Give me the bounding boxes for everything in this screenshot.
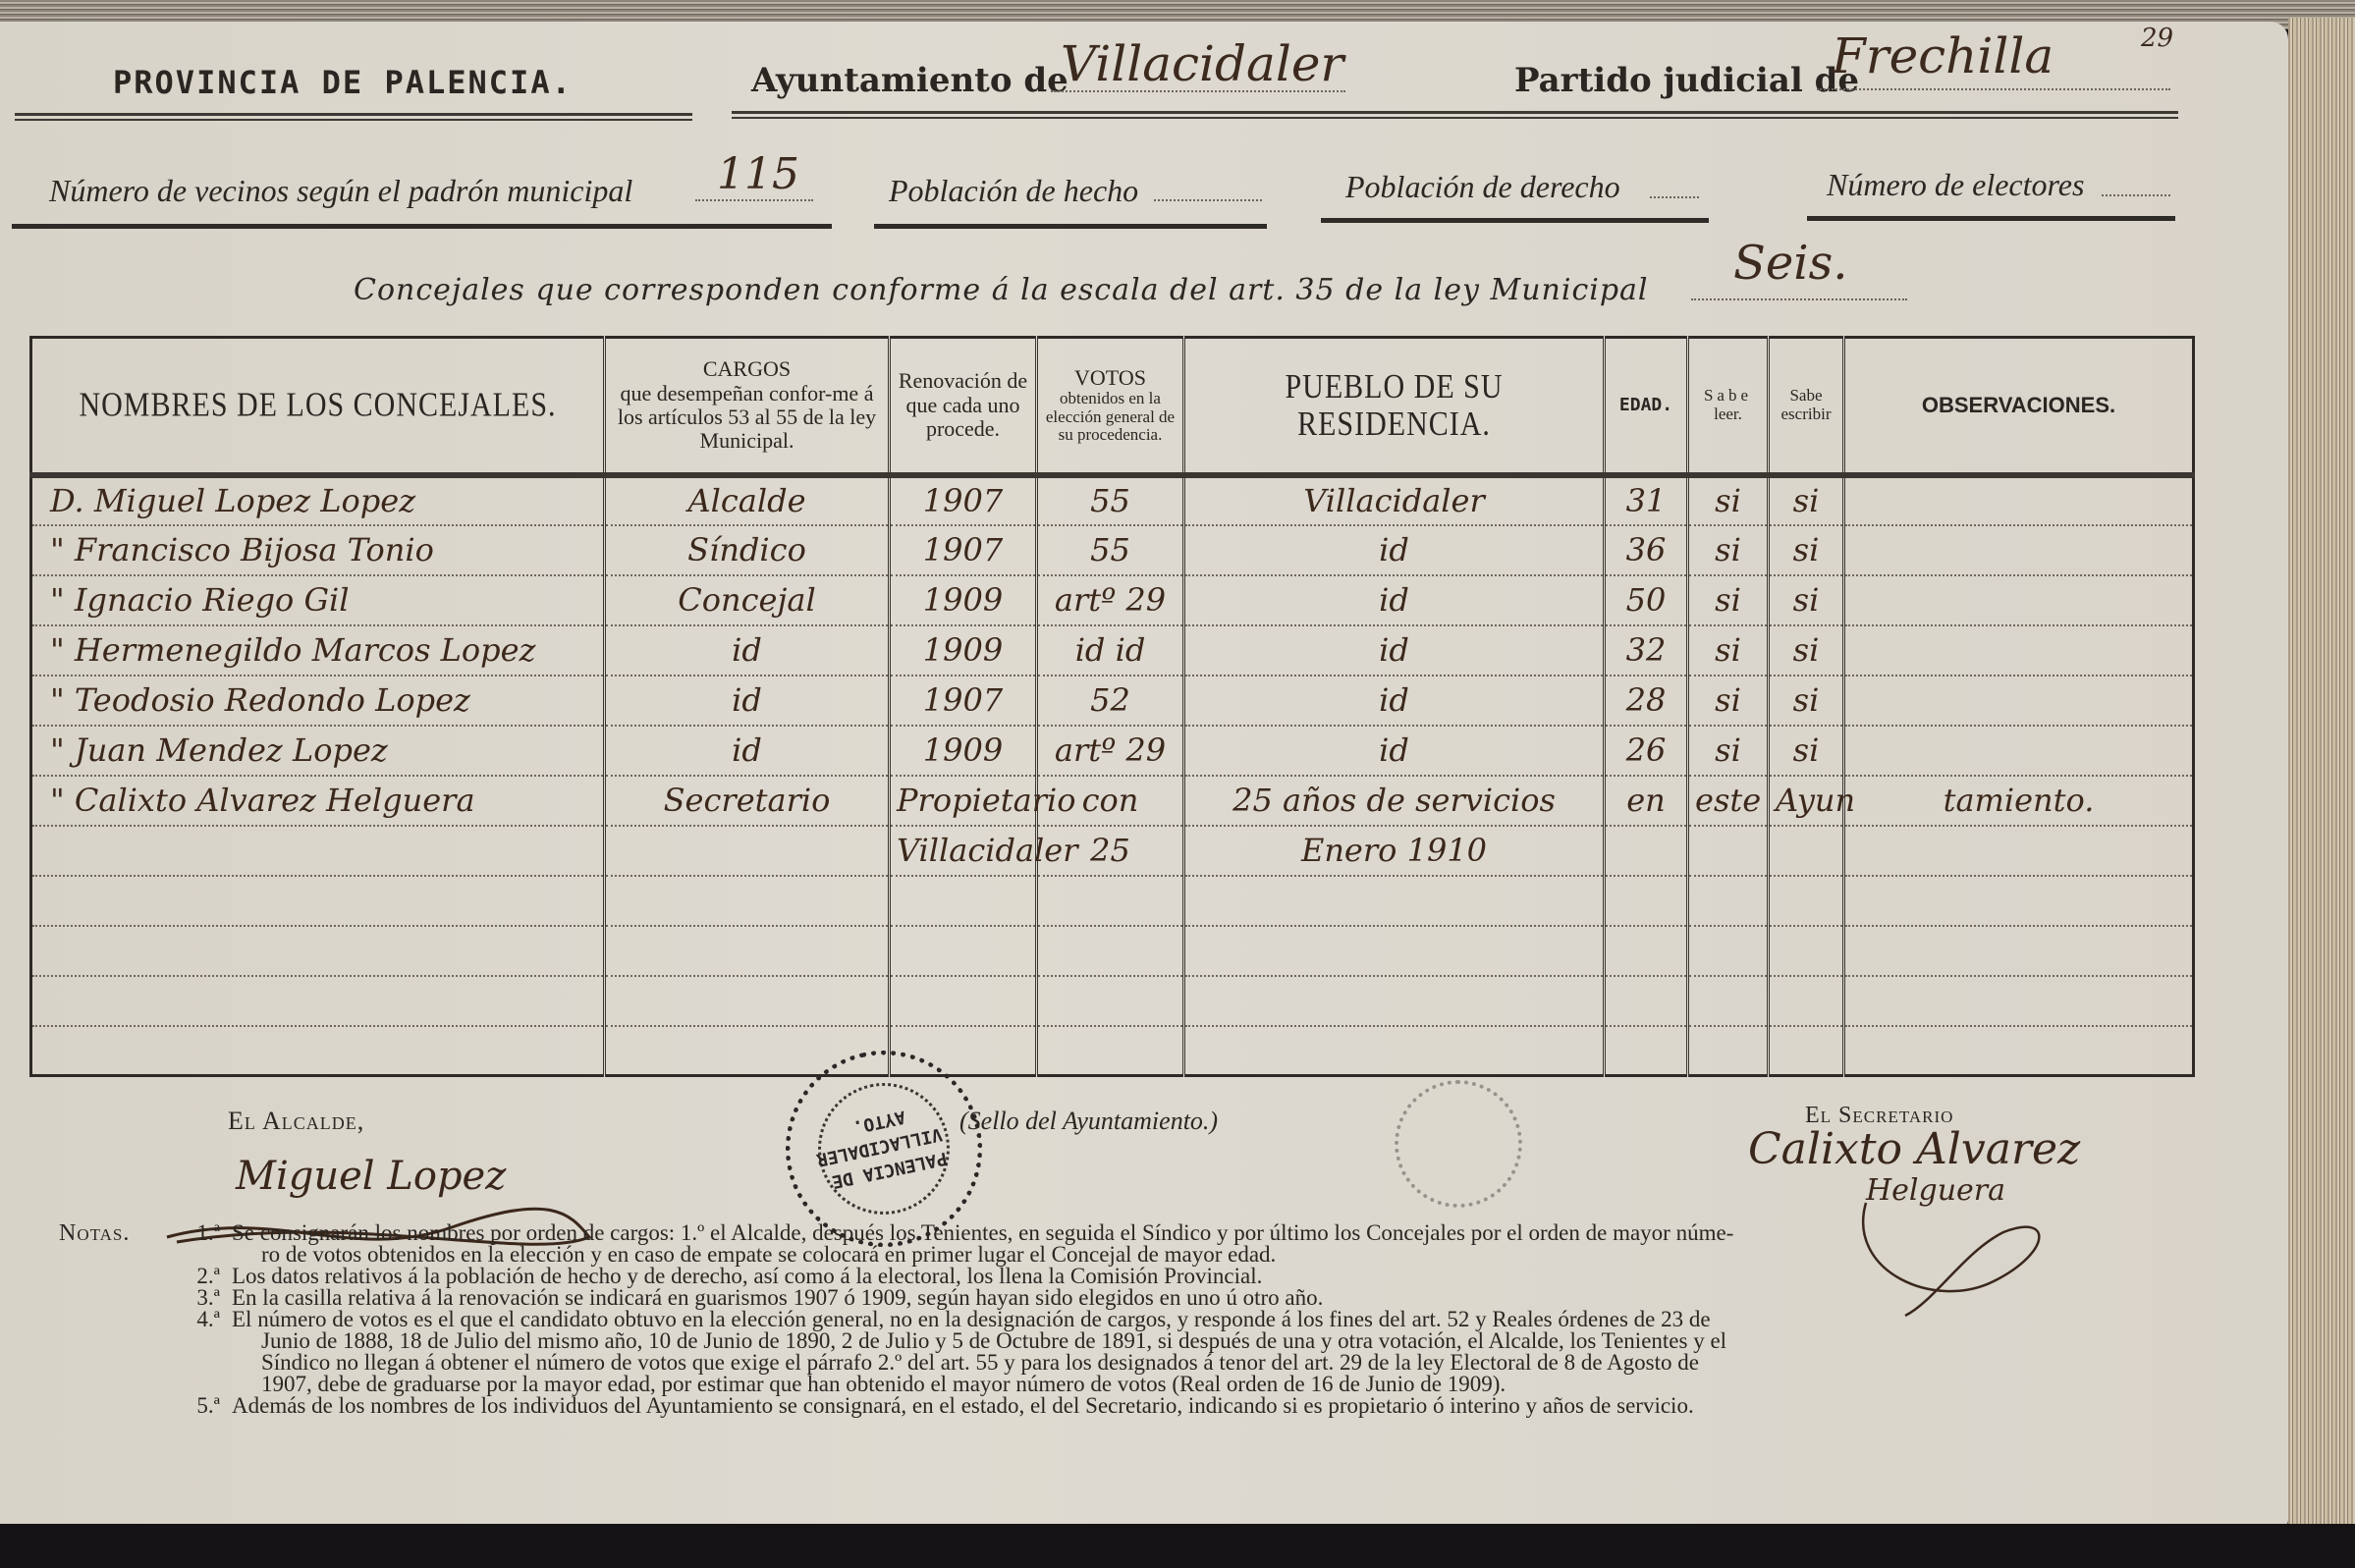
cell-leer	[1688, 826, 1769, 876]
cell-nombre: " Teodosio Redondo Lopez	[31, 676, 605, 726]
partido-field-line	[1817, 88, 2170, 90]
vecinos-value: 115	[717, 149, 799, 199]
cell-pueblo: id	[1184, 625, 1605, 676]
table-row: " Francisco Bijosa TonioSíndico190755id3…	[31, 525, 2194, 575]
cell-nombre: " Ignacio Riego Gil	[31, 575, 605, 625]
note-text: Además de los nombres de los individuos …	[232, 1395, 2219, 1417]
col-nombres: NOMBRES DE LOS CONCEJALES.	[31, 338, 605, 475]
cell-escribir: si	[1769, 676, 1844, 726]
cell-edad: 50	[1605, 575, 1688, 625]
cell-pueblo: id	[1184, 525, 1605, 575]
poblacion-derecho-label: Población de derecho	[1345, 169, 1620, 205]
col-sabe-leer: Sabeleer.	[1688, 338, 1769, 475]
concejales-table: NOMBRES DE LOS CONCEJALES. CARGOSque des…	[29, 336, 2195, 1077]
note-line: 3.ªEn la casilla relativa á la renovació…	[59, 1287, 2219, 1309]
cell-leer: si	[1688, 726, 1769, 776]
cell-pueblo: id	[1184, 575, 1605, 625]
cell-nombre	[31, 976, 605, 1026]
table-header-row: NOMBRES DE LOS CONCEJALES. CARGOSque des…	[31, 338, 2194, 475]
cell-votos: 55	[1037, 525, 1184, 575]
notes-label	[59, 1330, 167, 1352]
cell-nombre: " Hermenegildo Marcos Lopez	[31, 625, 605, 676]
partido-label: Partido judicial de	[1514, 61, 1859, 100]
note-number: 3.ª	[167, 1287, 232, 1309]
cell-renovacion: 1907	[890, 475, 1037, 525]
ayuntamiento-value: Villacidaler	[1061, 35, 1343, 92]
cell-renovacion: 1909	[890, 625, 1037, 676]
cell-renovacion	[890, 876, 1037, 926]
cell-pueblo	[1184, 1026, 1605, 1076]
divider	[1807, 216, 2175, 221]
notes-label	[59, 1352, 167, 1374]
table-row	[31, 876, 2194, 926]
concejales-label: Concejales que corresponden conforme á l…	[354, 273, 1649, 307]
faint-seal	[1395, 1080, 1522, 1208]
note-text: Síndico no llegan á obtener el número de…	[232, 1352, 2219, 1374]
cell-leer	[1688, 976, 1769, 1026]
sello-label: (Sello del Ayuntamiento.)	[959, 1107, 1218, 1136]
col-pueblo: PUEBLO DE SU RESIDENCIA.	[1184, 338, 1605, 475]
divider	[874, 224, 1267, 229]
cell-votos	[1037, 976, 1184, 1026]
cell-cargo	[605, 926, 890, 976]
cell-escribir: si	[1769, 625, 1844, 676]
note-line: 2.ªLos datos relativos á la población de…	[59, 1266, 2219, 1287]
notes-label	[59, 1266, 167, 1287]
notes-section: Notas.1.ªSe consignarán los nombres por …	[59, 1222, 2219, 1417]
note-number	[167, 1352, 232, 1374]
cell-renovacion: Propietario	[890, 776, 1037, 826]
cell-renovacion: 1909	[890, 575, 1037, 625]
note-number	[167, 1330, 232, 1352]
cell-nombre	[31, 1026, 605, 1076]
cell-leer: si	[1688, 475, 1769, 525]
cell-pueblo	[1184, 876, 1605, 926]
poblacion-derecho-field	[1650, 196, 1699, 198]
note-text: ro de votos obtenidos en la elección y e…	[232, 1244, 2219, 1266]
cell-cargo: id	[605, 676, 890, 726]
cell-pueblo	[1184, 926, 1605, 976]
cell-obs	[1844, 625, 2194, 676]
cell-edad: 31	[1605, 475, 1688, 525]
divider	[1314, 111, 2178, 119]
cell-obs	[1844, 926, 2194, 976]
col-edad: EDAD.	[1605, 338, 1688, 475]
cell-pueblo: id	[1184, 726, 1605, 776]
cell-obs	[1844, 475, 2194, 525]
note-text: Junio de 1888, 18 de Julio del mismo año…	[232, 1330, 2219, 1352]
cell-obs	[1844, 826, 2194, 876]
cell-edad: 36	[1605, 525, 1688, 575]
notes-label	[59, 1395, 167, 1417]
cell-cargo: id	[605, 625, 890, 676]
table-row: " Calixto Alvarez HelgueraSecretarioProp…	[31, 776, 2194, 826]
notes-label	[59, 1309, 167, 1330]
cell-nombre	[31, 876, 605, 926]
table-row	[31, 926, 2194, 976]
partido-value: Frechilla	[1832, 27, 2054, 84]
note-line: ro de votos obtenidos en la elección y e…	[59, 1244, 2219, 1266]
cell-escribir: si	[1769, 575, 1844, 625]
poblacion-hecho-label: Población de hecho	[889, 173, 1138, 209]
cell-escribir: Ayun	[1769, 776, 1844, 826]
cell-renovacion	[890, 976, 1037, 1026]
cell-votos: 55	[1037, 475, 1184, 525]
cell-edad: 32	[1605, 625, 1688, 676]
cell-edad	[1605, 876, 1688, 926]
cell-leer	[1688, 1026, 1769, 1076]
cell-renovacion: 1907	[890, 525, 1037, 575]
cell-obs	[1844, 575, 2194, 625]
note-text: Los datos relativos á la población de he…	[232, 1266, 2219, 1287]
cell-votos	[1037, 1026, 1184, 1076]
cell-obs	[1844, 676, 2194, 726]
cell-edad: en	[1605, 776, 1688, 826]
cell-leer: si	[1688, 676, 1769, 726]
cell-leer: este	[1688, 776, 1769, 826]
note-line: Notas.1.ªSe consignarán los nombres por …	[59, 1222, 2219, 1244]
table-row: " Hermenegildo Marcos Lopezid1909id idid…	[31, 625, 2194, 676]
cell-nombre	[31, 826, 605, 876]
cell-escribir: si	[1769, 475, 1844, 525]
cell-renovacion	[890, 926, 1037, 976]
note-number	[167, 1374, 232, 1395]
cell-escribir	[1769, 826, 1844, 876]
concejales-field-line	[1691, 298, 1907, 300]
cell-votos: artº 29	[1037, 726, 1184, 776]
province-title: PROVINCIA DE PALENCIA.	[113, 64, 573, 101]
cell-pueblo: Villacidaler	[1184, 475, 1605, 525]
table-row	[31, 1026, 2194, 1076]
cell-edad	[1605, 976, 1688, 1026]
table-row: " Teodosio Redondo Lopezid190752id28sisi	[31, 676, 2194, 726]
note-text: En la casilla relativa á la renovación s…	[232, 1287, 2219, 1309]
cell-edad	[1605, 1026, 1688, 1076]
col-sabe-escribir: Sabeescribir	[1769, 338, 1844, 475]
cell-votos: 52	[1037, 676, 1184, 726]
divider	[12, 224, 832, 229]
col-observaciones: OBSERVACIONES.	[1844, 338, 2194, 475]
cell-edad: 26	[1605, 726, 1688, 776]
cell-nombre: " Juan Mendez Lopez	[31, 726, 605, 776]
cell-escribir: si	[1769, 525, 1844, 575]
divider	[15, 113, 692, 121]
concejales-value: Seis.	[1733, 236, 1848, 291]
notes-label	[59, 1374, 167, 1395]
cell-obs	[1844, 976, 2194, 1026]
cell-obs	[1844, 876, 2194, 926]
note-number: 4.ª	[167, 1309, 232, 1330]
table-row: " Juan Mendez Lopezid1909artº 29id26sisi	[31, 726, 2194, 776]
notes-label: Notas.	[59, 1222, 167, 1244]
cell-nombre: " Calixto Alvarez Helguera	[31, 776, 605, 826]
vecinos-field-line	[695, 199, 813, 201]
cell-leer: si	[1688, 525, 1769, 575]
note-line: Junio de 1888, 18 de Julio del mismo año…	[59, 1330, 2219, 1352]
cell-escribir	[1769, 976, 1844, 1026]
cell-cargo: Síndico	[605, 525, 890, 575]
note-line: 5.ªAdemás de los nombres de los individu…	[59, 1395, 2219, 1417]
cell-pueblo: 25 años de servicios	[1184, 776, 1605, 826]
note-number	[167, 1244, 232, 1266]
col-votos: VOTOSobtenidos en la elección general de…	[1037, 338, 1184, 475]
note-line: Síndico no llegan á obtener el número de…	[59, 1352, 2219, 1374]
cell-votos: artº 29	[1037, 575, 1184, 625]
cell-cargo: id	[605, 726, 890, 776]
cell-votos	[1037, 876, 1184, 926]
note-number: 2.ª	[167, 1266, 232, 1287]
cell-cargo: Concejal	[605, 575, 890, 625]
cell-leer: si	[1688, 575, 1769, 625]
page-number: 29	[2141, 24, 2173, 53]
electores-label: Número de electores	[1827, 167, 2084, 203]
cell-cargo	[605, 826, 890, 876]
cell-renovacion: 1909	[890, 726, 1037, 776]
cell-cargo: Secretario	[605, 776, 890, 826]
electores-field	[2102, 194, 2170, 196]
note-line: 1907, debe de graduarse por la mayor eda…	[59, 1374, 2219, 1395]
notes-label	[59, 1244, 167, 1266]
cell-nombre	[31, 926, 605, 976]
cell-cargo	[605, 876, 890, 926]
cell-nombre: D. Miguel Lopez Lopez	[31, 475, 605, 525]
cell-renovacion: Villacidaler	[890, 826, 1037, 876]
note-text: El número de votos es el que el candidat…	[232, 1309, 2219, 1330]
note-line: 4.ªEl número de votos es el que el candi…	[59, 1309, 2219, 1330]
cell-edad	[1605, 826, 1688, 876]
book-page-edges	[2288, 18, 2355, 1549]
table-row: " Ignacio Riego GilConcejal1909artº 29id…	[31, 575, 2194, 625]
cell-obs	[1844, 525, 2194, 575]
note-text: Se consignarán los nombres por orden de …	[232, 1222, 2219, 1244]
cell-leer: si	[1688, 625, 1769, 676]
note-number: 1.ª	[167, 1222, 232, 1244]
cell-edad	[1605, 926, 1688, 976]
cell-escribir: si	[1769, 726, 1844, 776]
scan-background	[0, 1524, 2355, 1568]
cell-renovacion: 1907	[890, 676, 1037, 726]
divider	[1321, 218, 1709, 223]
cell-leer	[1688, 926, 1769, 976]
cell-cargo: Alcalde	[605, 475, 890, 525]
alcalde-signature: Miguel Lopez	[236, 1154, 506, 1199]
alcalde-label: El Alcalde,	[228, 1107, 364, 1136]
poblacion-hecho-field	[1154, 199, 1262, 201]
col-cargos: CARGOSque desempeñan confor-me á los art…	[605, 338, 890, 475]
cell-votos: id id	[1037, 625, 1184, 676]
table-row: Villacidaler25Enero 1910	[31, 826, 2194, 876]
cell-nombre: " Francisco Bijosa Tonio	[31, 525, 605, 575]
note-number: 5.ª	[167, 1395, 232, 1417]
cell-edad: 28	[1605, 676, 1688, 726]
cell-escribir	[1769, 926, 1844, 976]
table-row	[31, 976, 2194, 1026]
cell-obs	[1844, 726, 2194, 776]
cell-escribir	[1769, 1026, 1844, 1076]
cell-cargo	[605, 976, 890, 1026]
cell-obs: tamiento.	[1844, 776, 2194, 826]
ayuntamiento-label: Ayuntamiento de	[751, 61, 1068, 100]
cell-votos	[1037, 926, 1184, 976]
cell-pueblo: id	[1184, 676, 1605, 726]
cell-pueblo: Enero 1910	[1184, 826, 1605, 876]
secretario-signature: Calixto Alvarez	[1748, 1124, 2080, 1174]
table-row: D. Miguel Lopez LopezAlcalde190755Villac…	[31, 475, 2194, 525]
cell-leer	[1688, 876, 1769, 926]
cell-obs	[1844, 1026, 2194, 1076]
notes-label	[59, 1287, 167, 1309]
cell-pueblo	[1184, 976, 1605, 1026]
vecinos-label: Número de vecinos según el padrón munici…	[49, 173, 632, 209]
note-text: 1907, debe de graduarse por la mayor eda…	[232, 1374, 2219, 1395]
cell-escribir	[1769, 876, 1844, 926]
col-renovacion: Renovación de que cada uno procede.	[890, 338, 1037, 475]
